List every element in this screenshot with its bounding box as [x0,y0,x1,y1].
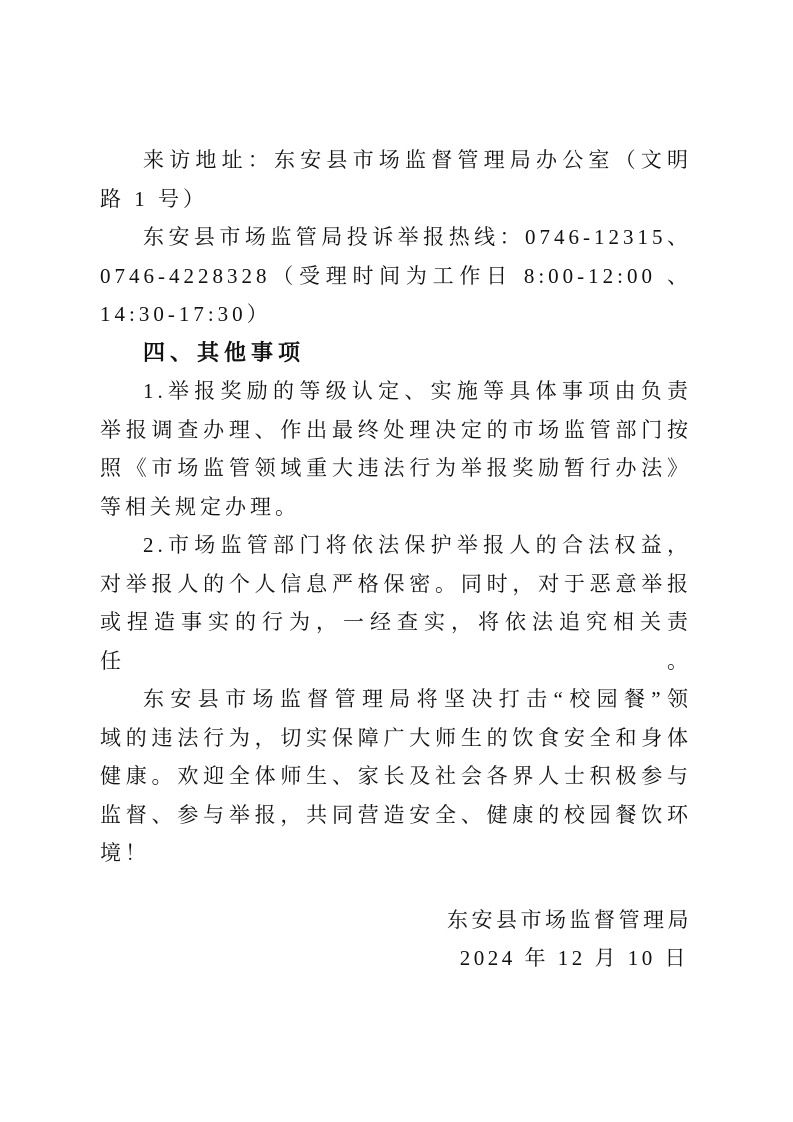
paragraph-item1-line: 举报调查办理、作出最终处理决定的市场监管部门按 [100,411,692,450]
paragraph-hotline-line: 东安县市场监管局投诉举报热线：0746-12315、 [100,218,692,257]
document-page: 来访地址：东安县市场监督管理局办公室（文明 路 1 号） 东安县市场监管局投诉举… [100,141,692,978]
paragraph-item2-line: 2.市场监管部门将依法保护举报人的合法权益， [100,526,692,565]
paragraph-item1-line: 照《市场监管领域重大违法行为举报奖励暂行办法》 [100,449,692,488]
paragraph-closing-line: 域的违法行为，切实保障广大师生的饮食安全和身体 [100,719,692,758]
signature-date: 2024 年 12 月 10 日 [100,939,692,978]
paragraph-hotline-line: 0746-4228328（受理时间为工作日 8:00-12:00 、 [100,257,692,296]
paragraph-visit-address-line: 路 1 号） [100,180,692,219]
paragraph-item2-line: 或捏造事实的行为，一经查实，将依法追究相关责任。 [100,603,692,680]
paragraph-closing-line: 东安县市场监督管理局将坚决打击“校园餐”领 [100,680,692,719]
paragraph-closing-line: 境！ [100,834,692,873]
paragraph-visit-address-line: 来访地址：东安县市场监督管理局办公室（文明 [100,141,692,180]
signature-issuer: 东安县市场监督管理局 [100,901,692,940]
paragraph-closing-line: 监督、参与举报，共同营造安全、健康的校园餐饮环 [100,796,692,835]
paragraph-item1-line: 等相关规定办理。 [100,488,692,527]
signature-block: 东安县市场监督管理局 2024 年 12 月 10 日 [100,901,692,978]
paragraph-closing-line: 健康。欢迎全体师生、家长及社会各界人士积极参与 [100,757,692,796]
section-heading-other-matters: 四、其他事项 [100,334,692,373]
paragraph-item1-line: 1.举报奖励的等级认定、实施等具体事项由负责 [100,372,692,411]
paragraph-item2-line: 对举报人的个人信息严格保密。同时，对于恶意举报 [100,565,692,604]
paragraph-hotline-line: 14:30-17:30） [100,295,692,334]
